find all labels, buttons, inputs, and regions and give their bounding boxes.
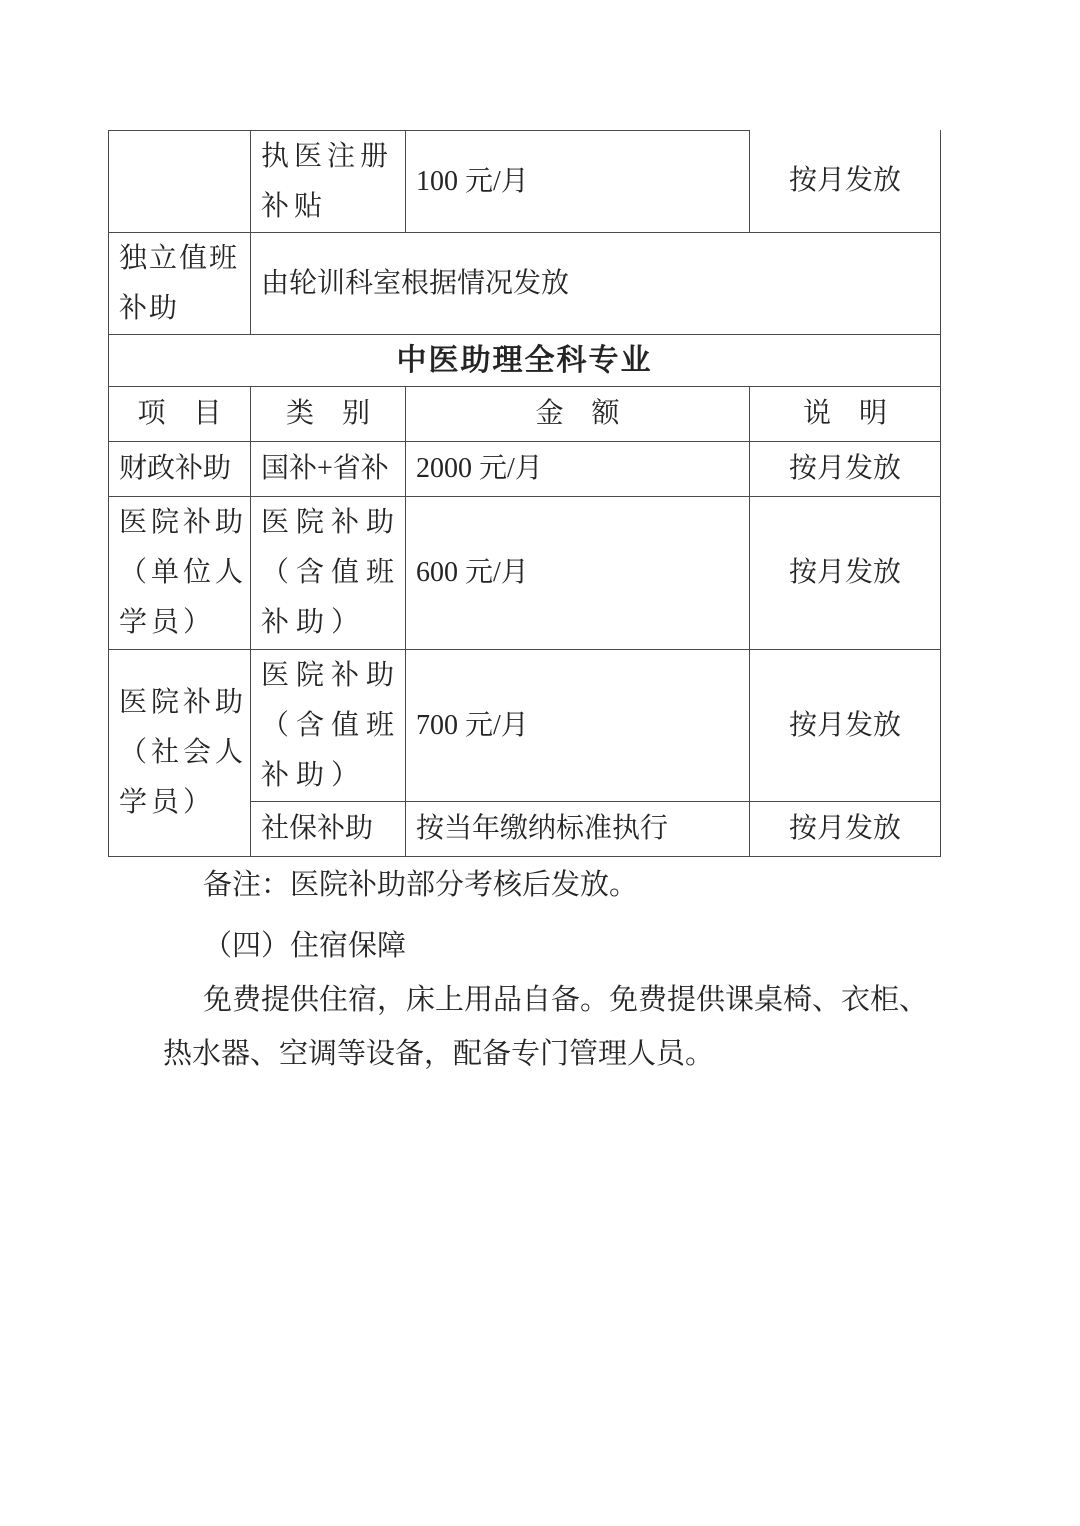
cell-item-duli: 独立值班 补助 <box>108 233 251 335</box>
header-amount: 金 额 <box>406 387 750 442</box>
paragraph-line-1: 免费提供住宿，床上用品自备。免费提供课桌椅、衣柜、 <box>203 984 928 1017</box>
cell-note-zhiyi: 按月发放 <box>750 130 941 233</box>
cell-category-caizheng: 国补+省补 <box>251 442 406 497</box>
cell-amount-shehui: 700 元/月 <box>406 650 750 802</box>
cell-note-shebao: 按月发放 <box>750 802 941 857</box>
header-item: 项 目 <box>108 387 251 442</box>
cell-amount-danwei: 600 元/月 <box>406 497 750 650</box>
cell-note-danwei: 按月发放 <box>750 497 941 650</box>
cell-empty-carryover <box>108 130 251 233</box>
cell-item-danwei: 医院补助 （单位人 学员） <box>108 497 251 650</box>
cell-category-danwei: 医院补助 （含值班 补助） <box>251 497 406 650</box>
cell-amount-caizheng: 2000 元/月 <box>406 442 750 497</box>
paragraph-line-2: 热水器、空调等设备，配备专门管理人员。 <box>163 1038 714 1071</box>
cell-note-shehui: 按月发放 <box>750 650 941 802</box>
section-heading-housing: （四）住宿保障 <box>203 930 406 963</box>
cell-desc-duli: 由轮训科室根据情况发放 <box>251 233 941 335</box>
cell-category-shebao: 社保补助 <box>251 802 406 857</box>
stipend-table: 执医注册 补贴 100 元/月 按月发放 独立值班 补助 由轮训科室根据情况发放… <box>108 130 941 857</box>
section-title: 中医助理全科专业 <box>108 335 941 387</box>
cell-item-caizheng: 财政补助 <box>108 442 251 497</box>
cell-note-caizheng: 按月发放 <box>750 442 941 497</box>
document-page: 执医注册 补贴 100 元/月 按月发放 独立值班 补助 由轮训科室根据情况发放… <box>0 0 1080 1526</box>
table-remark: 备注：医院补助部分考核后发放。 <box>203 869 638 902</box>
header-category: 类 别 <box>251 387 406 442</box>
cell-category-zhiyi: 执医注册 补贴 <box>251 130 406 233</box>
header-note: 说 明 <box>750 387 941 442</box>
cell-amount-shebao: 按当年缴纳标准执行 <box>406 802 750 857</box>
cell-category-shehui: 医院补助 （含值班 补助） <box>251 650 406 802</box>
cell-amount-zhiyi: 100 元/月 <box>406 130 750 233</box>
cell-item-shehui: 医院补助 （社会人 学员） <box>108 650 251 857</box>
